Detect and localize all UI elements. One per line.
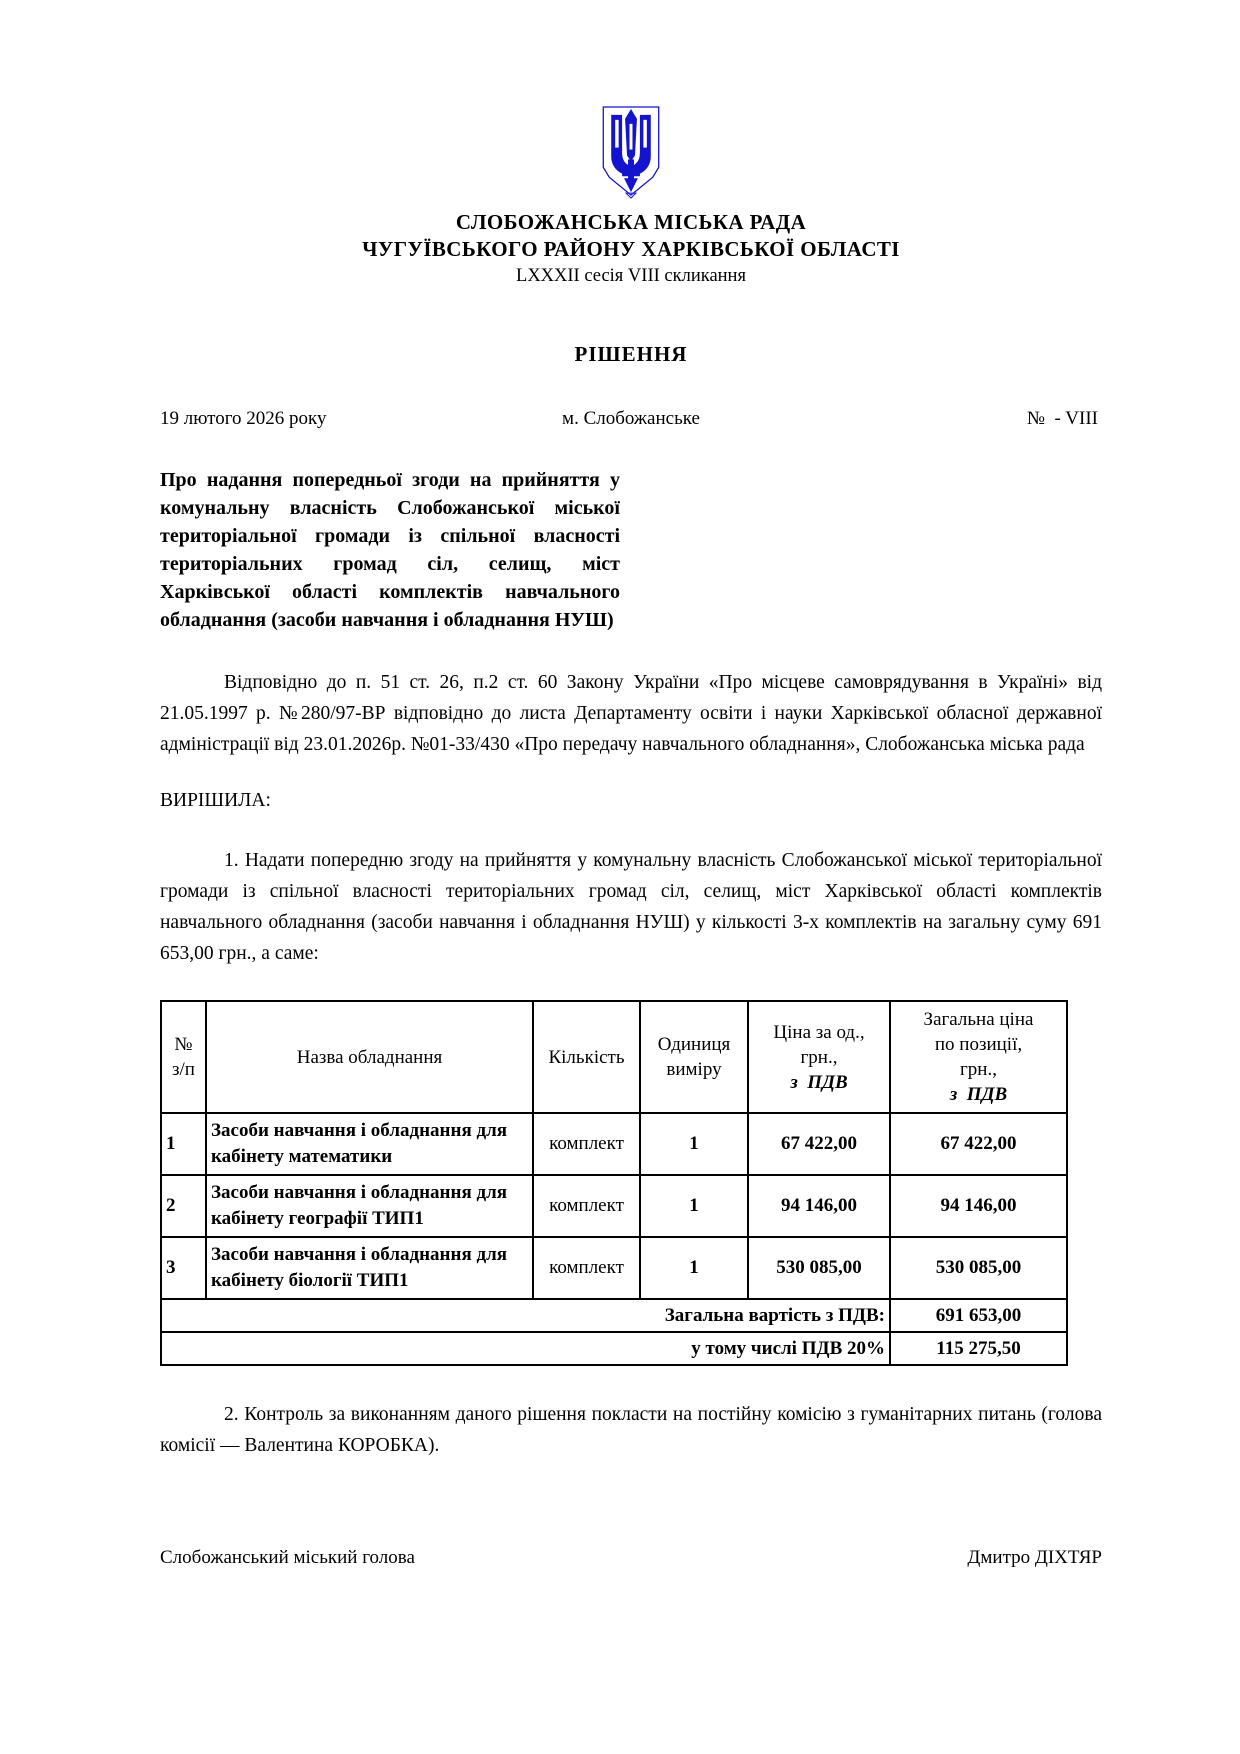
decision-subject: Про надання попередньої згоди на прийнят…: [160, 466, 620, 634]
table-total-row: Загальна вартість з ПДВ:691 653,00: [161, 1299, 1067, 1332]
document-type-title: РІШЕННЯ: [160, 342, 1102, 367]
table-header-cell: Загальна цінапо позиції,грн.,з ПДВ: [890, 1001, 1067, 1113]
unit-count: 1: [640, 1113, 748, 1175]
quantity-word: комплект: [533, 1175, 640, 1237]
total-price: 67 422,00: [890, 1113, 1067, 1175]
table-row: 2Засоби навчання і обладнання для кабіне…: [161, 1175, 1067, 1237]
unit-count: 1: [640, 1237, 748, 1299]
total-value: 115 275,50: [890, 1332, 1067, 1365]
table-header-cell: №з/п: [161, 1001, 206, 1113]
table-header-cell: Кількість: [533, 1001, 640, 1113]
total-label: у тому числі ПДВ 20%: [161, 1332, 890, 1365]
table-row: 1Засоби навчання і обладнання для кабіне…: [161, 1113, 1067, 1175]
table-header-cell: Одиницявиміру: [640, 1001, 748, 1113]
unit-count: 1: [640, 1175, 748, 1237]
row-number: 1: [161, 1113, 206, 1175]
decision-number: № - VIII: [788, 408, 1102, 430]
signer-name: Дмитро ДІХТЯР: [967, 1547, 1102, 1569]
quantity-word: комплект: [533, 1113, 640, 1175]
district-name: ЧУГУЇВСЬКОГО РАЙОНУ ХАРКІВСЬКОЇ ОБЛАСТІ: [160, 236, 1102, 263]
table-header-cell: Ціна за од.,грн.,з ПДВ: [748, 1001, 890, 1113]
equipment-name: Засоби навчання і обладнання для кабінет…: [206, 1237, 533, 1299]
resolution-item-1: 1. Надати попередню згоду на прийняття у…: [160, 845, 1102, 969]
equipment-name: Засоби навчання і обладнання для кабінет…: [206, 1113, 533, 1175]
signer-title: Слобожанський міський голова: [160, 1547, 415, 1569]
decision-document: СЛОБОЖАНСЬКА МІСЬКА РАДА ЧУГУЇВСЬКОГО РА…: [0, 0, 1240, 1754]
ukraine-trident-icon: [598, 106, 664, 201]
table-header-row: №з/пНазва обладнанняКількістьОдиницявимі…: [161, 1001, 1067, 1113]
equipment-name: Засоби навчання і обладнання для кабінет…: [206, 1175, 533, 1237]
resolution-item-2: 2. Контроль за виконанням даного рішення…: [160, 1399, 1102, 1461]
session-line: LXXXII сесія VIII скликання: [160, 263, 1102, 289]
equipment-table: №з/пНазва обладнанняКількістьОдиницявимі…: [160, 1000, 1068, 1366]
total-price: 94 146,00: [890, 1175, 1067, 1237]
council-name: СЛОБОЖАНСЬКА МІСЬКА РАДА: [160, 209, 1102, 236]
unit-price: 94 146,00: [748, 1175, 890, 1237]
total-price: 530 085,00: [890, 1237, 1067, 1299]
signature-row: Слобожанський міський голова Дмитро ДІХТ…: [160, 1547, 1102, 1569]
resolved-heading: ВИРІШИЛА:: [160, 790, 1102, 812]
unit-price: 67 422,00: [748, 1113, 890, 1175]
preamble-paragraph: Відповідно до п. 51 ст. 26, п.2 ст. 60 З…: [160, 667, 1102, 760]
coat-of-arms: [598, 106, 664, 201]
total-label: Загальна вартість з ПДВ:: [161, 1299, 890, 1332]
table-total-row: у тому числі ПДВ 20%115 275,50: [161, 1332, 1067, 1365]
decision-meta-row: 19 лютого 2026 року м. Слобожанське № - …: [160, 408, 1102, 430]
table-header-cell: Назва обладнання: [206, 1001, 533, 1113]
row-number: 3: [161, 1237, 206, 1299]
decision-place: м. Слобожанське: [474, 408, 788, 430]
table-row: 3Засоби навчання і обладнання для кабіне…: [161, 1237, 1067, 1299]
total-value: 691 653,00: [890, 1299, 1067, 1332]
decision-date: 19 лютого 2026 року: [160, 408, 474, 430]
quantity-word: комплект: [533, 1237, 640, 1299]
unit-price: 530 085,00: [748, 1237, 890, 1299]
row-number: 2: [161, 1175, 206, 1237]
